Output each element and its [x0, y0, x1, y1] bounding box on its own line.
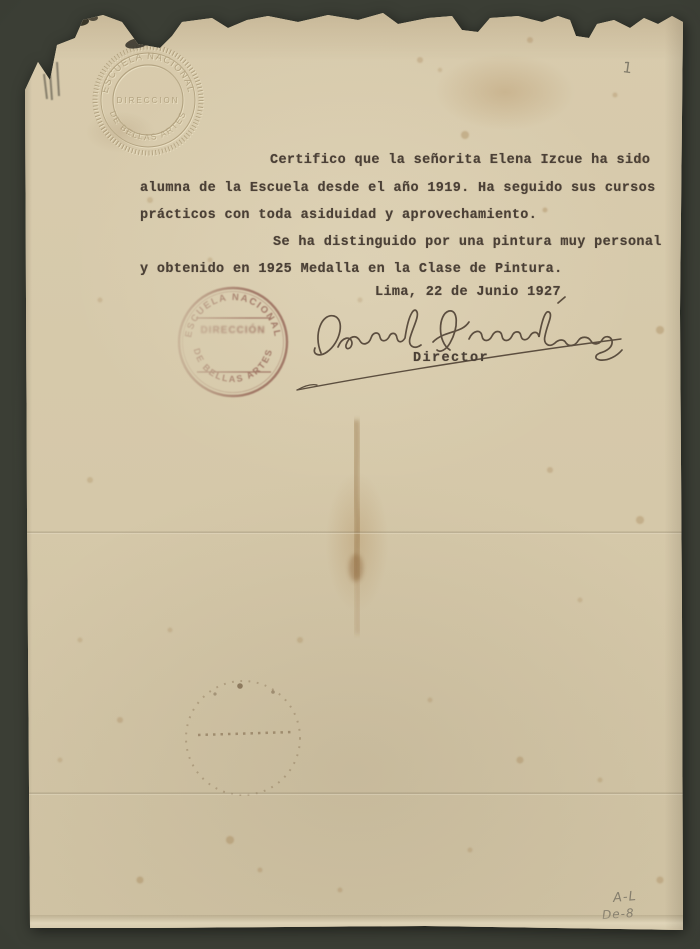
pencil-note-corner-line1: A-L: [612, 889, 637, 906]
embossed-seal: [95, 47, 202, 154]
ink-smudges: [69, 15, 158, 51]
signature: [297, 297, 622, 390]
paper-shadow-wrap: ESCUELA NACIONAL DE BELLAS ARTES DIRECCI…: [0, 0, 700, 949]
dateline: Lima, 22 de Junio 1927: [375, 285, 561, 300]
svg-text:DE BELLAS ARTES: DE BELLAS ARTES: [192, 347, 275, 384]
photo-background: ESCUELA NACIONAL DE BELLAS ARTES DIRECCI…: [0, 0, 700, 949]
ink-stamp-bottom-text: DE BELLAS ARTES: [192, 347, 275, 384]
ink-stamp-center-text: DIRECCIÓN: [200, 323, 265, 336]
certificate-page: ESCUELA NACIONAL DE BELLAS ARTES DIRECCI…: [25, 12, 683, 933]
stain-blob: [349, 554, 363, 582]
body-line-1: Certifico que la señorita Elena Izcue ha…: [270, 153, 650, 168]
pencil-strokes-left-edge: [44, 45, 59, 100]
body-line-5: y obtenido en 1925 Medalla en la Clase d…: [140, 262, 563, 277]
pencil-note-page-number: 1: [621, 58, 633, 77]
direccion-ink-stamp: ESCUELA NACIONAL DE BELLAS ARTES DIRECCI…: [179, 288, 287, 396]
stamp-bleedthrough: [186, 681, 300, 795]
stain-streak: [356, 420, 358, 634]
pencil-note-corner-line2: De-8: [602, 906, 635, 922]
paper-artwork-layer: ESCUELA NACIONAL DE BELLAS ARTES DIRECCI…: [25, 12, 683, 933]
body-line-4: Se ha distinguido por una pintura muy pe…: [273, 235, 662, 250]
signature-title: Director: [413, 351, 489, 366]
body-line-2: alumna de la Escuela desde el año 1919. …: [140, 181, 656, 196]
body-line-3: prácticos con toda asiduidad y aprovecha…: [140, 208, 537, 223]
